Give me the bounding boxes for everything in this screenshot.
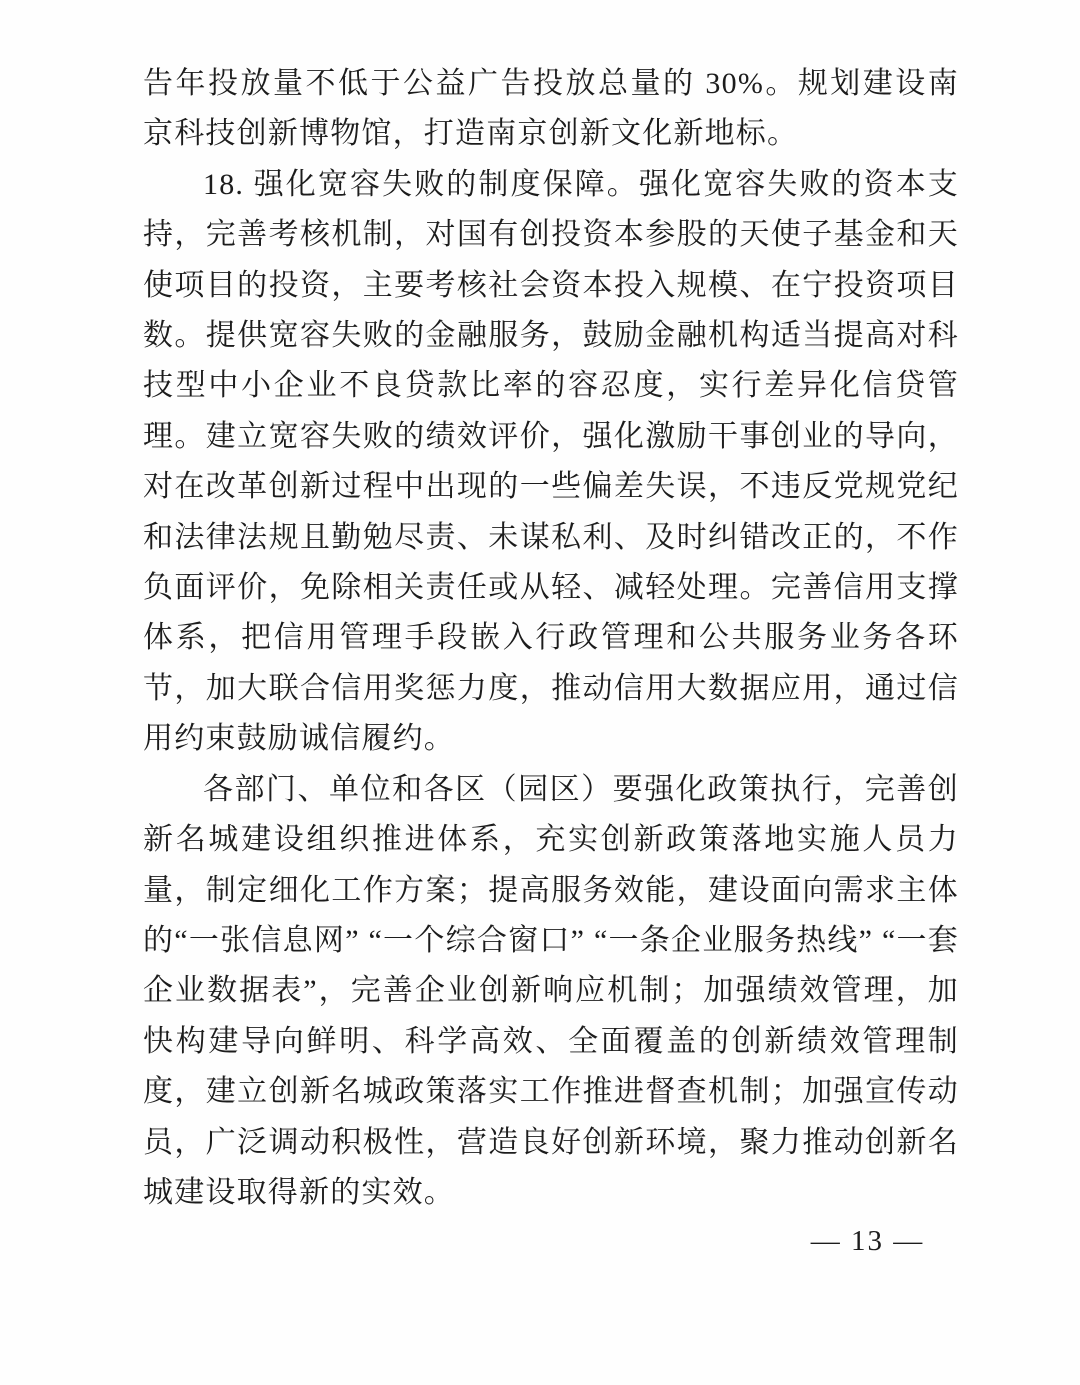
document-text: 告年投放量不低于公益广告投放总量的 30%。规划建设南京科技创新博物馆，打造南京…: [143, 59, 959, 1218]
document-page: 告年投放量不低于公益广告投放总量的 30%。规划建设南京科技创新博物馆，打造南京…: [0, 0, 1080, 1385]
page-number: — 13 —: [805, 1222, 930, 1260]
paragraph-closing: 各部门、单位和各区（园区）要强化政策执行，完善创新名城建设组织推进体系，充实创新…: [143, 765, 959, 1219]
paragraph-continued: 告年投放量不低于公益广告投放总量的 30%。规划建设南京科技创新博物馆，打造南京…: [143, 59, 959, 160]
paragraph-item-18: 18. 强化宽容失败的制度保障。强化宽容失败的资本支持，完善考核机制，对国有创投…: [143, 160, 959, 765]
